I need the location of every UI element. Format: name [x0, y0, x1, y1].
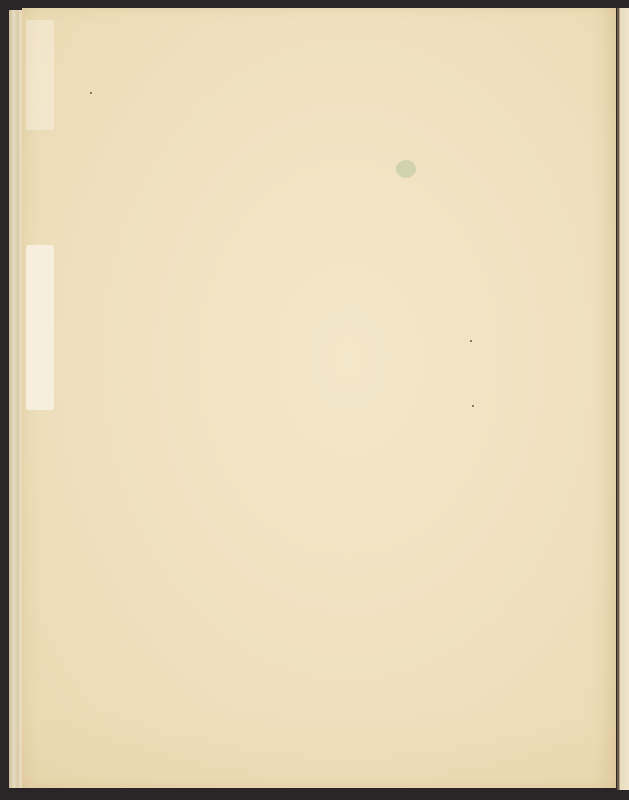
show-through-text	[375, 28, 445, 40]
tape-residue	[26, 245, 54, 410]
speck	[470, 340, 472, 342]
speck	[472, 405, 474, 407]
speck	[90, 92, 92, 94]
stain-spot	[396, 160, 416, 178]
adjacent-leaf-edge	[617, 8, 629, 790]
tape-residue	[26, 20, 54, 130]
blank-page	[22, 8, 616, 788]
